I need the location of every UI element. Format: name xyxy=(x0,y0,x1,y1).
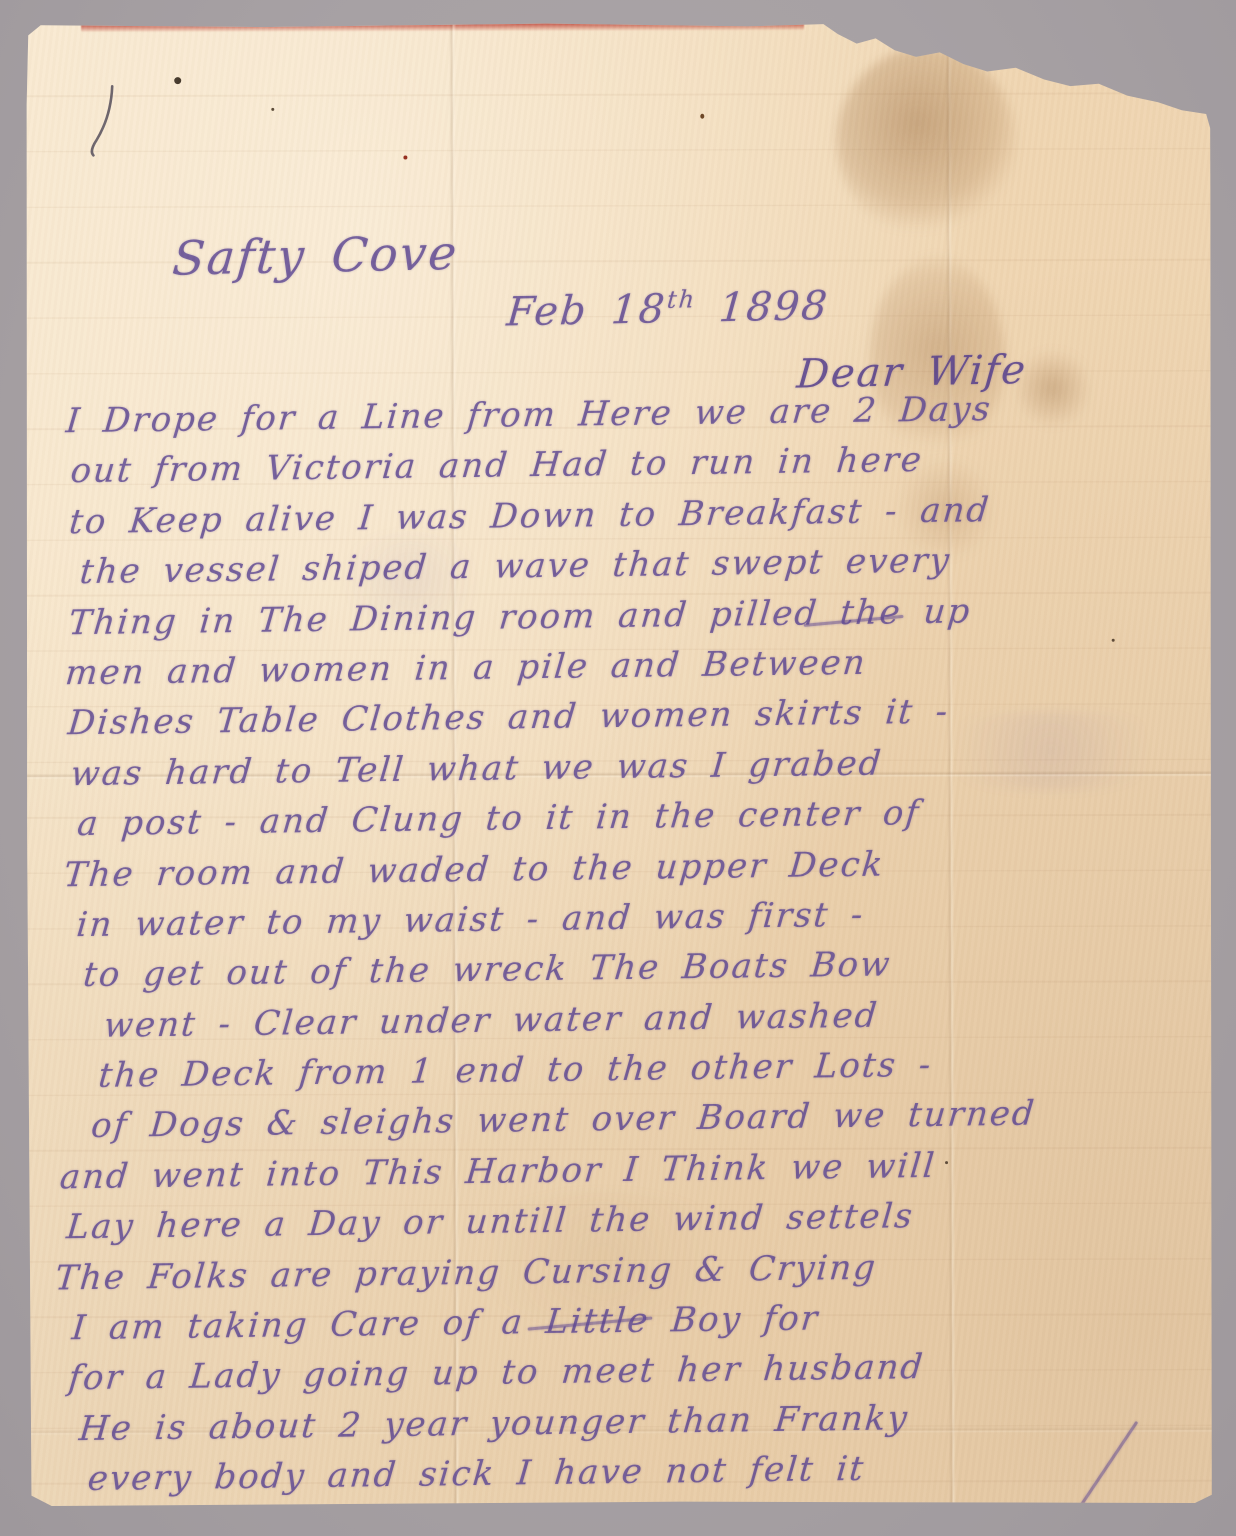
date-ordinal: th xyxy=(666,285,697,314)
stray-pen-mark xyxy=(88,83,118,163)
letter-body: I Drope for a Line from Here we are 2 Da… xyxy=(49,387,1193,1510)
photo-background: Safty Cove Feb 18th 1898 Dear Wife I Dro… xyxy=(0,0,1236,1536)
red-binding-edge xyxy=(81,22,804,33)
stain-large-top xyxy=(836,47,1016,237)
ink-dot xyxy=(174,77,181,84)
date-year: 1898 xyxy=(717,283,831,331)
speck xyxy=(403,156,407,160)
date-day: Feb 18 xyxy=(505,286,668,335)
letter-place: Safty Cove xyxy=(170,226,460,287)
speck xyxy=(700,114,704,119)
letter-date: Feb 18th 1898 xyxy=(505,283,831,336)
speck xyxy=(271,108,274,111)
letter-paper: Safty Cove Feb 18th 1898 Dear Wife I Dro… xyxy=(24,20,1214,1507)
